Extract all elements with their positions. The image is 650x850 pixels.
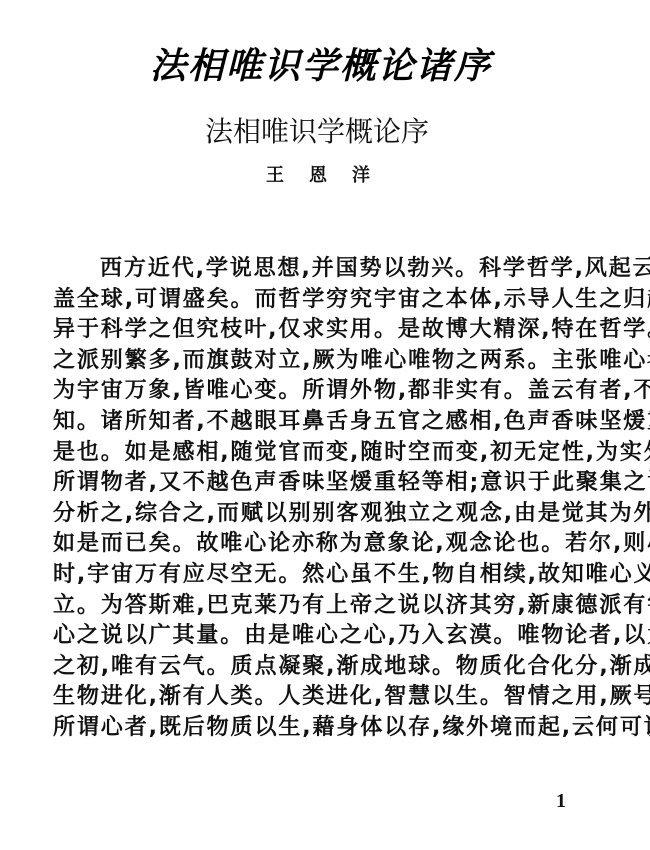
- text-line: 之派别繁多,而旗鼓对立,厥为唯心唯物之两系。主张唯心者,以: [53, 346, 593, 377]
- text-line: 如是而已矣。故唯心论亦称为意象论,观念论也。若尔,则心未起: [53, 529, 593, 560]
- text-line: 心之说以广其量。由是唯心之心,乃入玄漠。唯物论者,以为宇宙: [53, 621, 593, 652]
- text-line: 分析之,综合之,而赋以别别客观独立之观念,由是觉其为外物焉,: [53, 499, 593, 530]
- author-name: 王恩洋: [266, 164, 395, 188]
- text-line: 为宇宙万象,皆唯心变。所谓外物,都非实有。盖云有者,不越所: [53, 376, 593, 407]
- text-line: 之初,唯有云气。质点凝聚,渐成地球。物质化合化分,渐成生物。: [53, 652, 593, 683]
- page-number: 1: [556, 790, 566, 813]
- text-line: 西方近代,学说思想,并国势以勃兴。科学哲学,风起云涌,气: [53, 254, 593, 285]
- text-line: 是也。如是感相,随觉官而变,随时空而变,初无定性,为实外境。: [53, 438, 593, 469]
- body-paragraph: 西方近代,学说思想,并国势以勃兴。科学哲学,风起云涌,气 盖全球,可谓盛矣。而哲…: [53, 254, 593, 744]
- text-line: 知。诸所知者,不越眼耳鼻舌身五官之感相,色声香味坚煖重轻等: [53, 407, 593, 438]
- text-line: 时,宇宙万有应尽空无。然心虽不生,物自相续,故知唯心义难安: [53, 560, 593, 591]
- text-line: 异于科学之但究枝叶,仅求实用。是故博大精深,特在哲学。哲学: [53, 315, 593, 346]
- book-title: 法相唯识学概论诸序: [150, 44, 495, 88]
- document-page: 法相唯识学概论诸序 法相唯识学概论序 王恩洋 西方近代,学说思想,并国势以勃兴。…: [0, 0, 650, 850]
- text-line: 生物进化,渐有人类。人类进化,智慧以生。智情之用,厥号心识。: [53, 682, 593, 713]
- text-line: 立。为答斯难,巴克莱乃有上帝之说以济其穷,新康德派有宇宙大: [53, 591, 593, 622]
- text-line: 盖全球,可谓盛矣。而哲学穷究宇宙之本体,示导人生之归趣,尤: [53, 285, 593, 316]
- text-line: 所谓心者,既后物质以生,藉身体以存,缘外境而起,云何可说离物: [53, 713, 593, 744]
- text-line: 所谓物者,又不越色声香味坚煖重轻等相;意识于此聚集之诸相,: [53, 468, 593, 499]
- section-title: 法相唯识学概论序: [205, 114, 445, 150]
